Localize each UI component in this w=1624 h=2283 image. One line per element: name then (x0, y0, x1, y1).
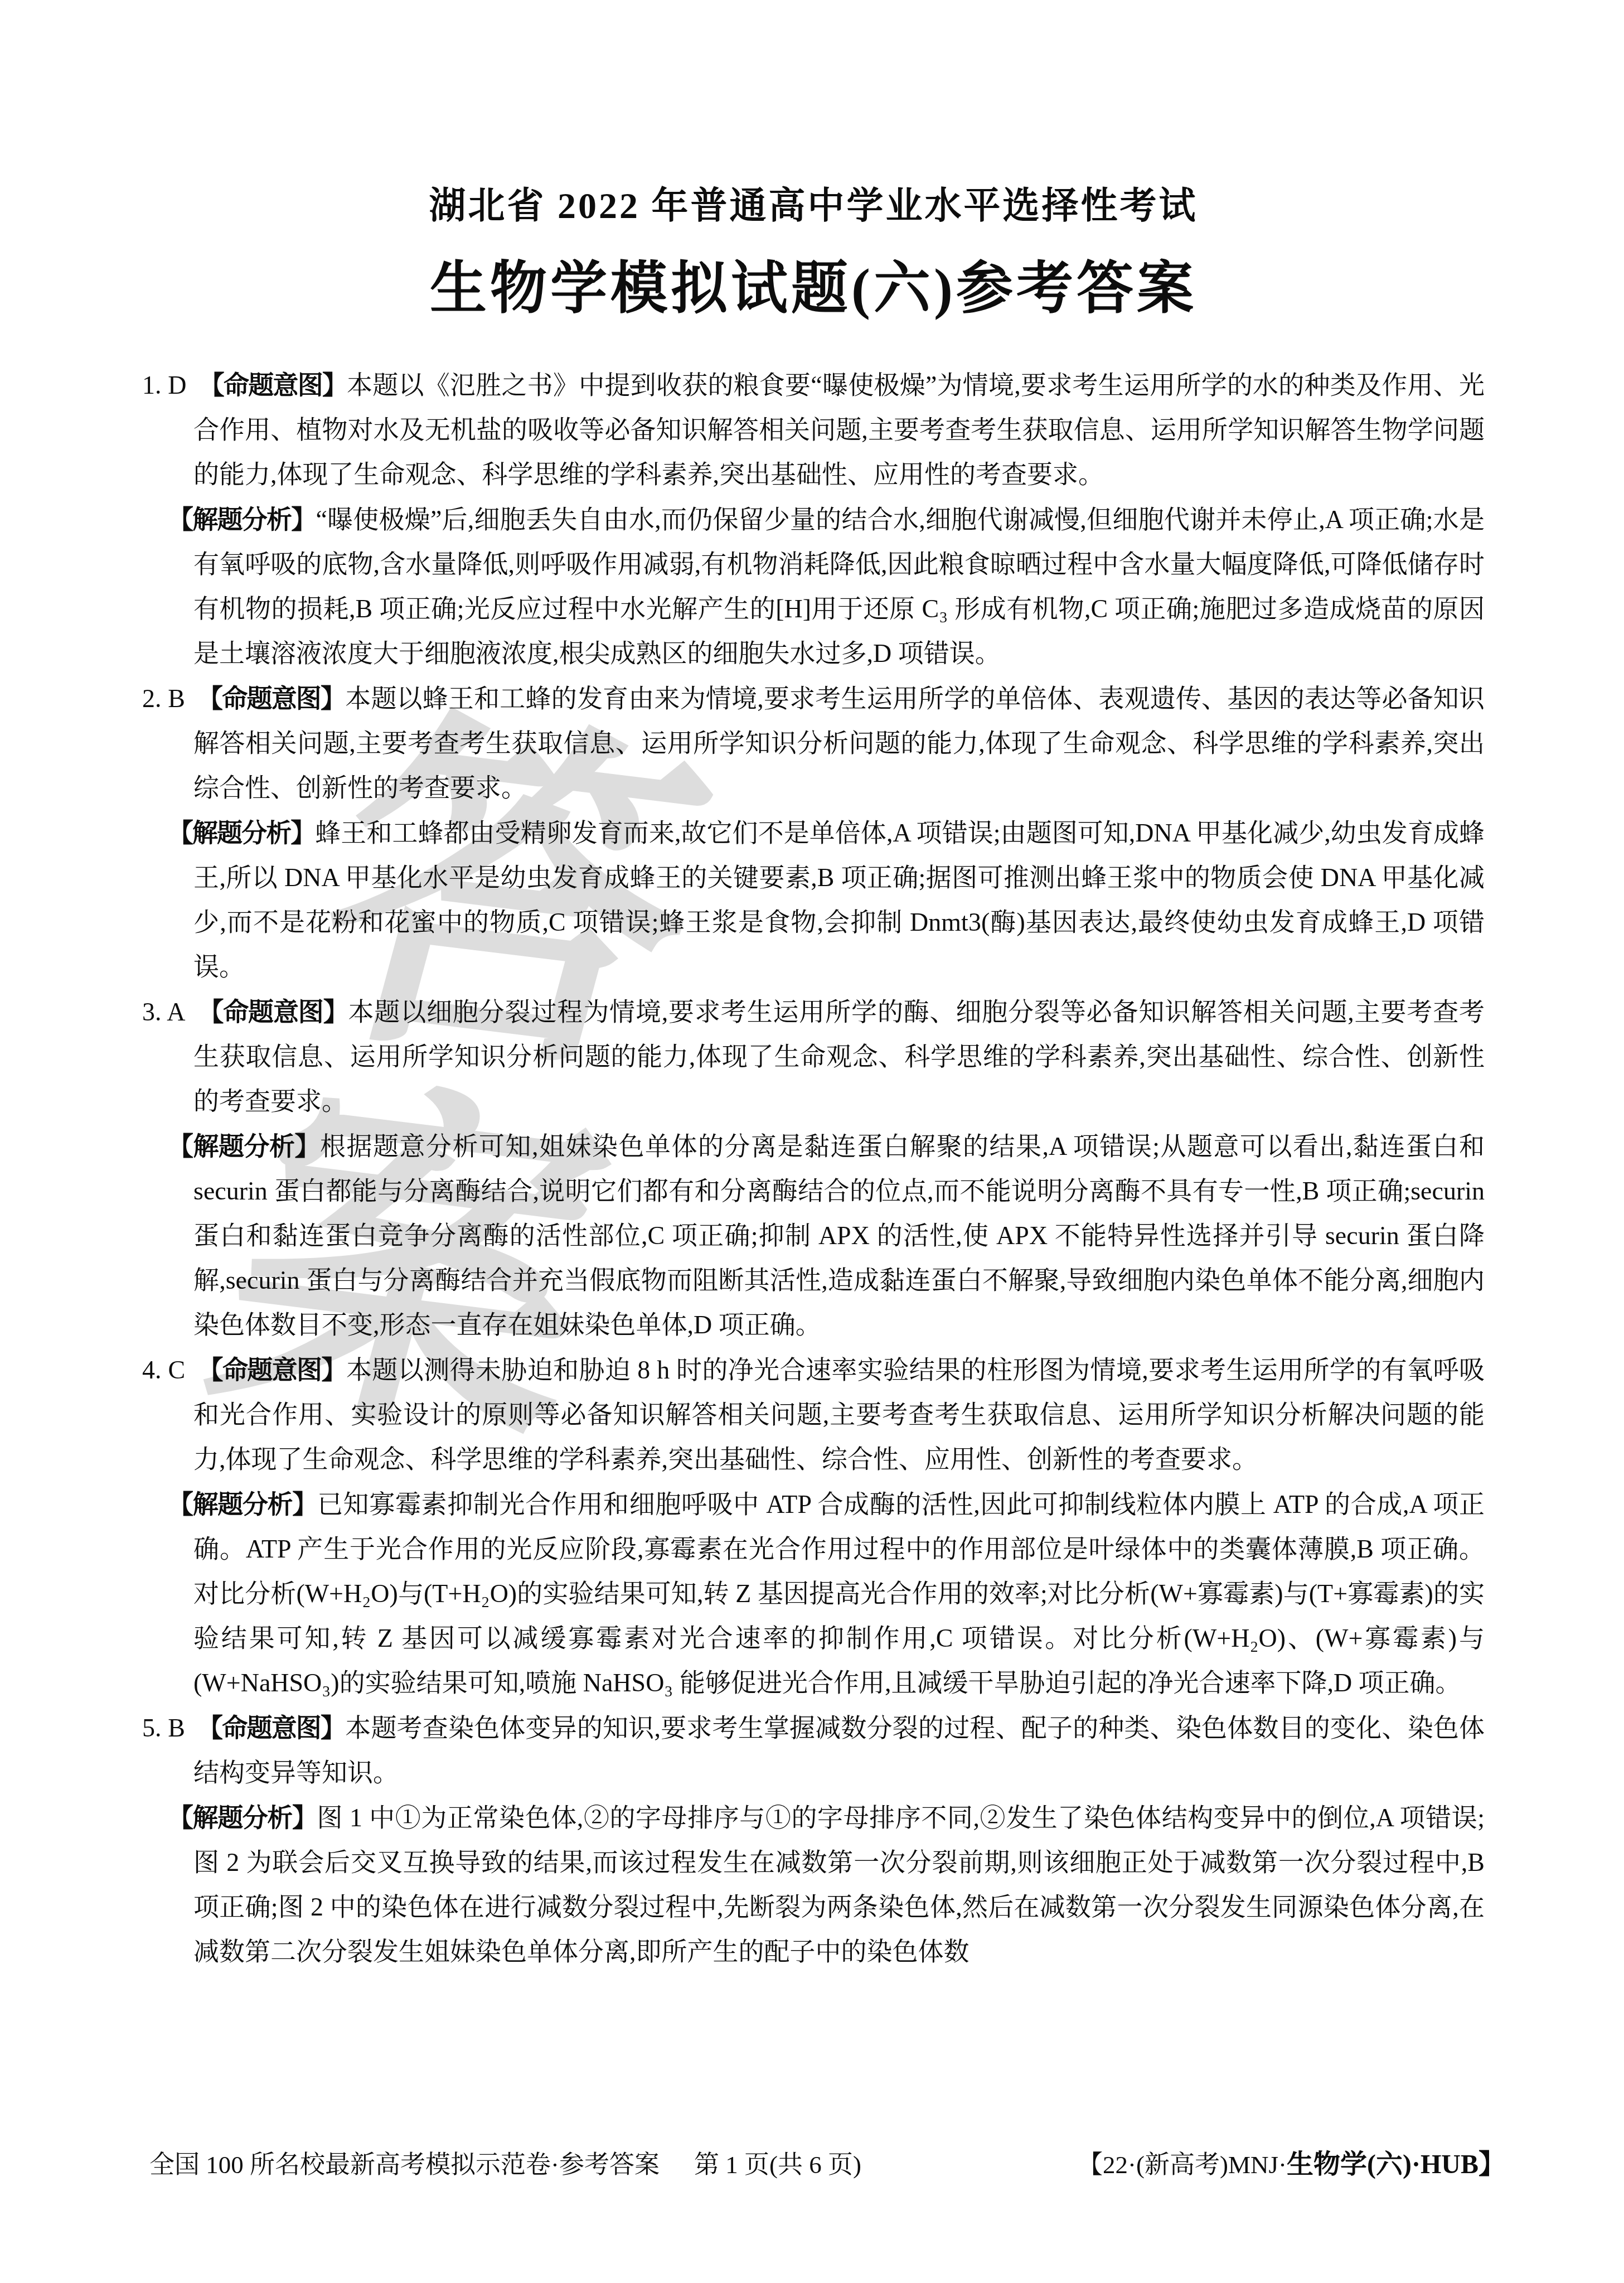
analysis-paragraph: 【解题分析】已知寡霉素抑制光合作用和细胞呼吸中 ATP 合成酶的活性,因此可抑制… (193, 1482, 1485, 1705)
intent-text: 本题以《氾胜之书》中提到收获的粮食要“曝使极燥”为情境,要求考生运用所学的水的种… (193, 371, 1485, 488)
intent-label: 【命题意图】 (198, 997, 348, 1026)
paper-code-prefix: 【22·(新高考)MNJ· (1078, 2151, 1287, 2179)
intent-label: 【命题意图】 (197, 1713, 345, 1742)
analysis-paragraph: 【解题分析】图 1 中①为正常染色体,②的字母排序与①的字母排序不同,②发生了染… (193, 1795, 1485, 1974)
answer-number: 3. A (142, 998, 186, 1026)
answer-number: 1. D (142, 371, 186, 399)
analysis-paragraph: 【解题分析】根据题意分析可知,姐妹染色单体的分离是黏连蛋白解聚的结果,A 项错误… (193, 1124, 1485, 1347)
answers-content: 1. D【命题意图】本题以《氾胜之书》中提到收获的粮食要“曝使极燥”为情境,要求… (142, 362, 1485, 1974)
paper-code: 【22·(新高考)MNJ·生物学(六)·HUB】 (1078, 2142, 1505, 2181)
intent-text: 本题以细胞分裂过程为情境,要求考生运用所学的酶、细胞分裂等必备知识解答相关问题,… (193, 998, 1485, 1115)
analysis-text: 根据题意分析可知,姐妹染色单体的分离是黏连蛋白解聚的结果,A 项错误;从题意可以… (193, 1132, 1485, 1339)
intent-label: 【命题意图】 (198, 370, 347, 399)
series-title: 全国 100 所名校最新高考模拟示范卷·参考答案 (149, 2144, 660, 2180)
analysis-paragraph: 【解题分析】“曝使极燥”后,细胞丢失自由水,而仍保留少量的结合水,细胞代谢减慢,… (193, 497, 1485, 676)
analysis-paragraph: 【解题分析】蜂王和工蜂都由受精卵发育而来,故它们不是单倍体,A 项错误;由题图可… (193, 810, 1485, 989)
exam-title-line2: 生物学模拟试题(六)参考答案 (142, 243, 1485, 325)
analysis-text: 已知寡霉素抑制光合作用和细胞呼吸中 ATP 合成酶的活性,因此可抑制线粒体内膜上… (193, 1490, 1485, 1697)
intent-paragraph: 4. C【命题意图】本题以测得未胁迫和胁迫 8 h 时的净光合速率实验结果的柱形… (193, 1347, 1485, 1482)
intent-text: 本题以测得未胁迫和胁迫 8 h 时的净光合速率实验结果的柱形图为情境,要求考生运… (193, 1356, 1485, 1473)
analysis-label: 【解题分析】 (168, 818, 315, 847)
intent-label: 【命题意图】 (197, 1355, 346, 1384)
answer-item-2: 2. B【命题意图】本题以蜂王和工蜂的发育由来为情境,要求考生运用所学的单倍体、… (142, 676, 1485, 989)
answer-number: 4. C (142, 1356, 185, 1384)
exam-title-line1: 湖北省 2022 年普通高中学业水平选择性考试 (142, 176, 1485, 229)
answer-item-3: 3. A【命题意图】本题以细胞分裂过程为情境,要求考生运用所学的酶、细胞分裂等必… (142, 989, 1485, 1347)
exam-answer-page: 湖北省 2022 年普通高中学业水平选择性考试 生物学模拟试题(六)参考答案 答… (0, 0, 1624, 2283)
intent-label: 【命题意图】 (197, 684, 345, 713)
paper-code-subject: 生物学(六)·HUB】 (1287, 2150, 1505, 2179)
page-number: 第 1 页(共 6 页) (694, 2144, 861, 2180)
intent-paragraph: 2. B【命题意图】本题以蜂王和工蜂的发育由来为情境,要求考生运用所学的单倍体、… (193, 676, 1485, 810)
answer-item-4: 4. C【命题意图】本题以测得未胁迫和胁迫 8 h 时的净光合速率实验结果的柱形… (142, 1347, 1485, 1705)
intent-paragraph: 3. A【命题意图】本题以细胞分裂过程为情境,要求考生运用所学的酶、细胞分裂等必… (193, 989, 1485, 1124)
answer-number: 2. B (142, 684, 185, 713)
analysis-text: 蜂王和工蜂都由受精卵发育而来,故它们不是单倍体,A 项错误;由题图可知,DNA … (193, 819, 1485, 981)
intent-paragraph: 5. B【命题意图】本题考查染色体变异的知识,要求考生掌握减数分裂的过程、配子的… (193, 1705, 1485, 1795)
intent-text: 本题考查染色体变异的知识,要求考生掌握减数分裂的过程、配子的种类、染色体数目的变… (193, 1714, 1485, 1787)
page-header: 湖北省 2022 年普通高中学业水平选择性考试 生物学模拟试题(六)参考答案 (142, 0, 1485, 325)
answer-number: 5. B (142, 1714, 185, 1742)
analysis-text: 图 1 中①为正常染色体,②的字母排序与①的字母排序不同,②发生了染色体结构变异… (193, 1803, 1485, 1966)
analysis-label: 【解题分析】 (168, 505, 316, 534)
intent-text: 本题以蜂王和工蜂的发育由来为情境,要求考生运用所学的单倍体、表观遗传、基因的表达… (193, 684, 1485, 802)
answer-item-5: 5. B【命题意图】本题考查染色体变异的知识,要求考生掌握减数分裂的过程、配子的… (142, 1705, 1485, 1974)
analysis-label: 【解题分析】 (168, 1131, 320, 1160)
analysis-label: 【解题分析】 (168, 1803, 317, 1832)
analysis-label: 【解题分析】 (168, 1489, 317, 1518)
answer-item-1: 1. D【命题意图】本题以《氾胜之书》中提到收获的粮食要“曝使极燥”为情境,要求… (142, 362, 1485, 676)
page-footer: 全国 100 所名校最新高考模拟示范卷·参考答案 第 1 页(共 6 页) 【2… (149, 2142, 1505, 2181)
intent-paragraph: 1. D【命题意图】本题以《氾胜之书》中提到收获的粮食要“曝使极燥”为情境,要求… (193, 362, 1485, 497)
analysis-text: “曝使极燥”后,细胞丢失自由水,而仍保留少量的结合水,细胞代谢减慢,但细胞代谢并… (193, 505, 1485, 668)
